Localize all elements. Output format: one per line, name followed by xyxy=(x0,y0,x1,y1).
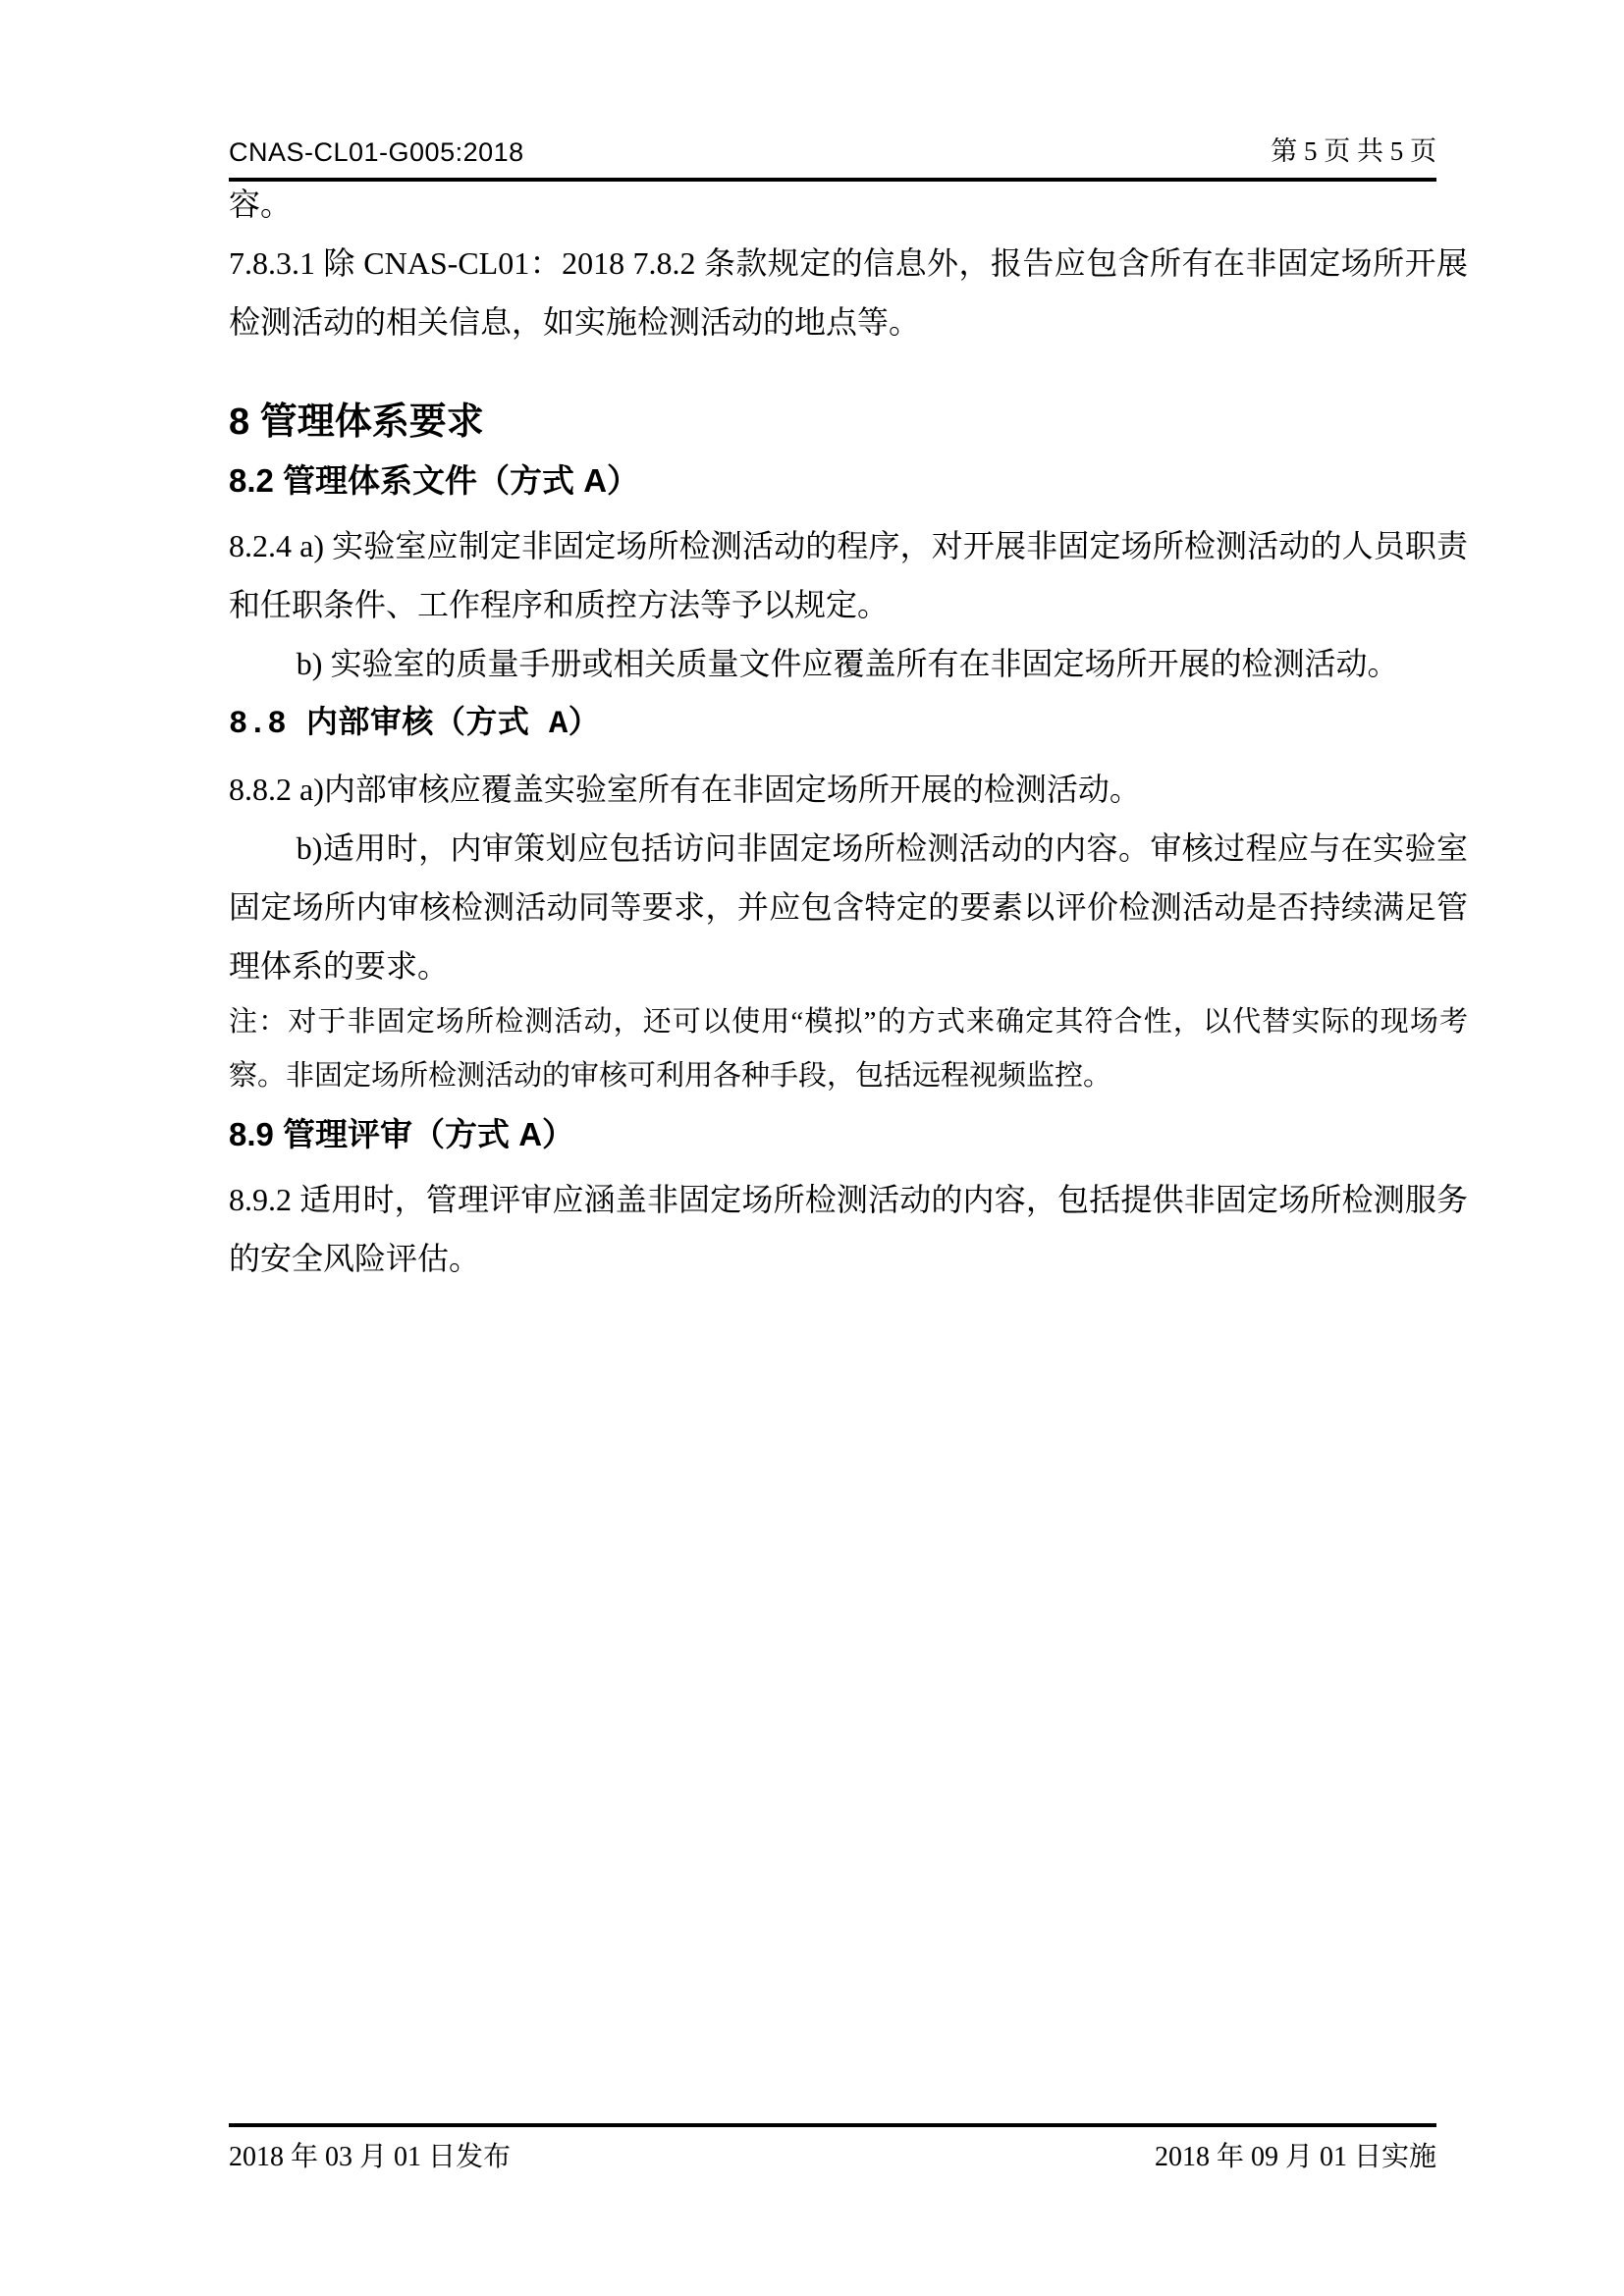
heading-8-2-documents: 8.2 管理体系文件（方式 A） xyxy=(229,455,1468,507)
clause-8-9-2: 8.9.2 适用时，管理评审应涵盖非固定场所检测活动的内容，包括提供非固定场所检… xyxy=(229,1170,1468,1288)
document-page: CNAS-CL01-G005:2018 第 5 页 共 5 页 容。 7.8.3… xyxy=(0,0,1624,2296)
document-code: CNAS-CL01-G005:2018 xyxy=(229,137,524,168)
clause-7-8-3-1: 7.8.3.1 除 CNAS-CL01：2018 7.8.2 条款规定的信息外，… xyxy=(229,234,1468,351)
release-date: 2018 年 03 月 01 日发布 xyxy=(229,2135,511,2174)
document-body: 容。 7.8.3.1 除 CNAS-CL01：2018 7.8.2 条款规定的信… xyxy=(229,175,1468,1288)
implementation-date: 2018 年 09 月 01 日实施 xyxy=(1155,2135,1436,2174)
heading-8-9-management-review: 8.9 管理评审（方式 A） xyxy=(229,1109,1468,1160)
clause-8-2-4-a: 8.2.4 a) 实验室应制定非固定场所检测活动的程序，对开展非固定场所检测活动… xyxy=(229,516,1468,634)
clause-8-2-4-b: b) 实验室的质量手册或相关质量文件应覆盖所有在非固定场所开展的检测活动。 xyxy=(229,634,1468,693)
heading-8-management-system: 8 管理体系要求 xyxy=(229,395,1468,450)
page-number: 第 5 页 共 5 页 xyxy=(1271,130,1436,168)
note-paragraph: 注：对于非固定场所检测活动，还可以使用“模拟”的方式来确定其符合性，以代替实际的… xyxy=(229,995,1468,1103)
paragraph-continuation: 容。 xyxy=(229,175,1468,234)
clause-8-8-2-b: b)适用时，内审策划应包括访问非固定场所检测活动的内容。审核过程应与在实验室固定… xyxy=(229,819,1468,995)
page-footer: 2018 年 03 月 01 日发布 2018 年 09 月 01 日实施 xyxy=(229,2123,1436,2174)
clause-8-8-2-a: 8.8.2 a)内部审核应覆盖实验室所有在非固定场所开展的检测活动。 xyxy=(229,760,1468,819)
heading-8-8-internal-audit: 8.8 内部审核（方式 A） xyxy=(229,699,1468,750)
